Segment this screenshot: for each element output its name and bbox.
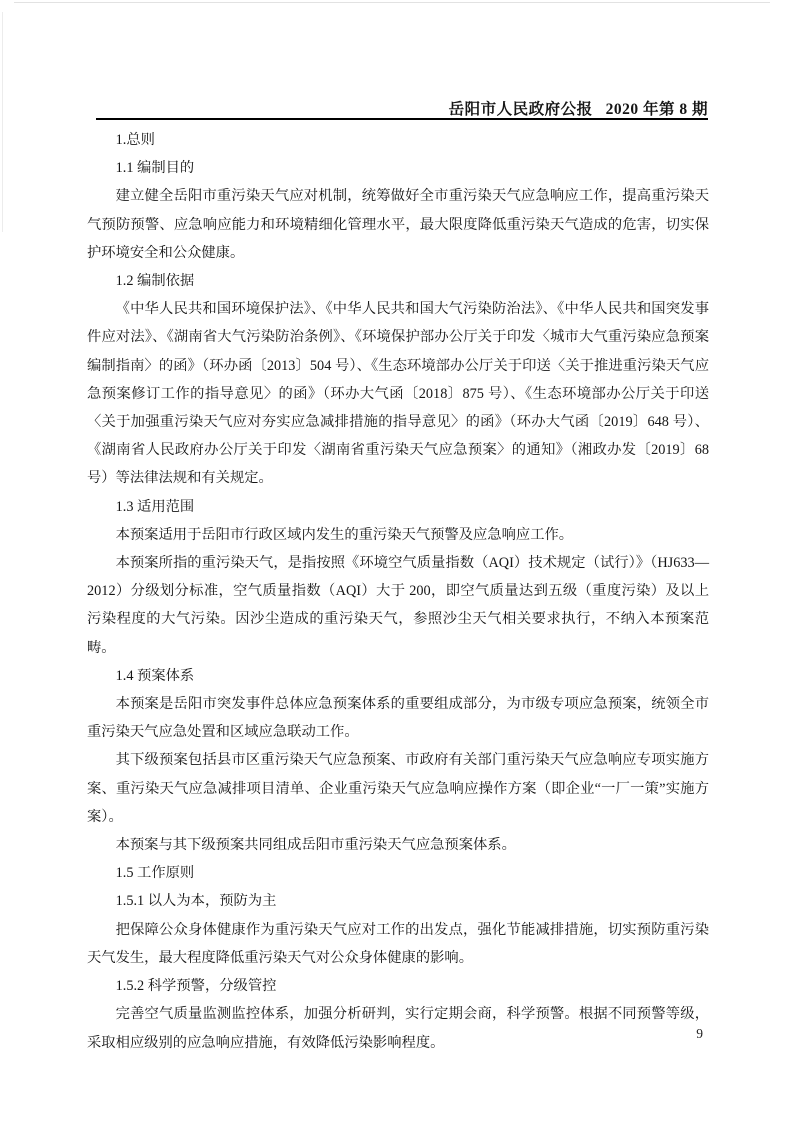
page-header: 岳阳市人民政府公报2020 年第 8 期 — [96, 97, 708, 119]
gazette-issue: 2020 年第 8 期 — [606, 101, 708, 118]
gazette-title: 岳阳市人民政府公报 — [449, 101, 593, 118]
section-heading: 1.5.1 以人为本，预防为主 — [87, 887, 709, 915]
paragraph: 本预案所指的重污染天气，是指按照《环境空气质量指数（AQI）技术规定（试行）》（… — [87, 549, 709, 662]
document-body: 1.总则 1.1 编制目的 建立健全岳阳市重污染天气应对机制，统筹做好全市重污染… — [87, 126, 709, 1057]
section-heading: 1.5 工作原则 — [87, 859, 709, 887]
paragraph: 其下级预案包括县市区重污染天气应急预案、市政府有关部门重污染天气应急响应专项实施… — [87, 746, 709, 831]
header-rule — [96, 118, 708, 120]
paragraph: 本预案适用于岳阳市行政区域内发生的重污染天气预警及应急响应工作。 — [87, 521, 709, 549]
section-heading: 1.3 适用范围 — [87, 493, 709, 521]
section-heading: 1.1 编制目的 — [87, 154, 709, 182]
paragraph: 本预案是岳阳市突发事件总体应急预案体系的重要组成部分，为市级专项应急预案，统领全… — [87, 690, 709, 746]
section-heading: 1.5.2 科学预警，分级管控 — [87, 972, 709, 1000]
section-heading: 1.4 预案体系 — [87, 662, 709, 690]
paragraph: 把保障公众身体健康作为重污染天气应对工作的出发点，强化节能减排措施，切实预防重污… — [87, 916, 709, 972]
page-edge-artifact-top — [14, 2, 770, 3]
section-heading: 1.2 编制依据 — [87, 267, 709, 295]
page-number: 9 — [696, 1024, 703, 1044]
page-edge-artifact-left — [2, 12, 3, 232]
section-heading: 1.总则 — [87, 126, 709, 154]
paragraph: 《中华人民共和国环境保护法》、《中华人民共和国大气污染防治法》、《中华人民共和国… — [87, 295, 709, 492]
paragraph: 建立健全岳阳市重污染天气应对机制，统筹做好全市重污染天气应急响应工作，提高重污染… — [87, 182, 709, 267]
gazette-page: 岳阳市人民政府公报2020 年第 8 期 1.总则 1.1 编制目的 建立健全岳… — [0, 0, 793, 1122]
paragraph: 本预案与其下级预案共同组成岳阳市重污染天气应急预案体系。 — [87, 831, 709, 859]
paragraph: 完善空气质量监测监控体系，加强分析研判，实行定期会商，科学预警。根据不同预警等级… — [87, 1000, 709, 1056]
